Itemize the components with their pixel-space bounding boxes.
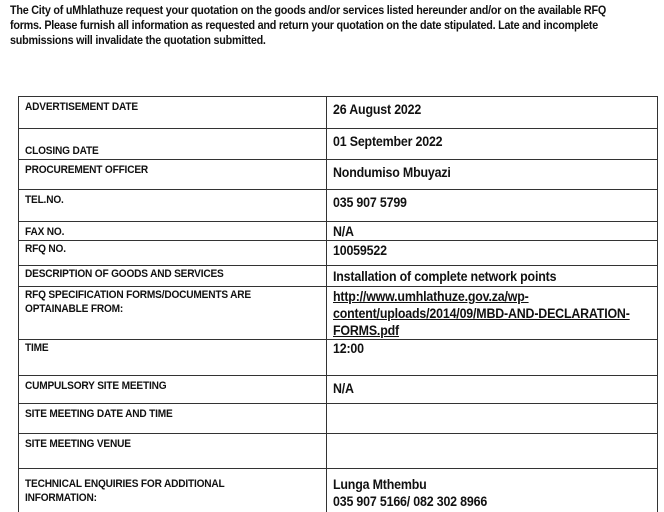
value-fax-no: N/A	[327, 222, 658, 241]
label-rfq-forms: RFQ SPECIFICATION FORMS/DOCUMENTS ARE OP…	[19, 287, 327, 340]
label-procurement-officer: PROCUREMENT OFFICER	[19, 160, 327, 190]
value-technical-enquiries: Lunga Mthembu 035 907 5166/ 082 302 8966	[327, 469, 658, 512]
label-tel-no: TEL.NO.	[19, 190, 327, 222]
label-fax-no: FAX NO.	[19, 222, 327, 241]
label-technical-enquiries: TECHNICAL ENQUIRIES FOR ADDITIONAL INFOR…	[19, 469, 327, 512]
row-rfq-no: RFQ NO. 10059522	[19, 241, 658, 266]
label-description: DESCRIPTION OF GOODS AND SERVICES	[19, 266, 327, 287]
value-site-meeting-venue	[327, 434, 658, 469]
row-site-meeting-venue: SITE MEETING VENUE	[19, 434, 658, 469]
value-closing-date: 01 September 2022	[327, 129, 658, 160]
rfq-forms-link[interactable]: http://www.umhlathuze.gov.za/wp- content…	[327, 287, 658, 340]
row-description: DESCRIPTION OF GOODS AND SERVICES Instal…	[19, 266, 658, 287]
intro-line-2: forms. Please furnish all information as…	[10, 18, 661, 33]
intro-line-1: The City of uMhlathuze request your quot…	[10, 3, 661, 18]
rfq-details-table: ADVERTISEMENT DATE 26 August 2022 CLOSIN…	[18, 96, 658, 512]
row-site-meeting-date: SITE MEETING DATE AND TIME	[19, 404, 658, 434]
row-compulsory-site-meeting: CUMPULSORY SITE MEETING N/A	[19, 376, 658, 404]
value-advertisement-date: 26 August 2022	[327, 97, 658, 129]
intro-paragraph: The City of uMhlathuze request your quot…	[10, 3, 661, 48]
value-compulsory-site-meeting: N/A	[327, 376, 658, 404]
row-technical-enquiries: TECHNICAL ENQUIRIES FOR ADDITIONAL INFOR…	[19, 469, 658, 512]
row-advertisement-date: ADVERTISEMENT DATE 26 August 2022	[19, 97, 658, 129]
label-time: TIME	[19, 340, 327, 376]
technical-contact-phone: 035 907 5166/ 082 302 8966	[333, 493, 487, 510]
row-fax-no: FAX NO. N/A	[19, 222, 658, 241]
label-advertisement-date: ADVERTISEMENT DATE	[19, 97, 327, 129]
intro-line-3: submissions will invalidate the quotatio…	[10, 33, 661, 48]
value-tel-no: 035 907 5799	[327, 190, 658, 222]
row-tel-no: TEL.NO. 035 907 5799	[19, 190, 658, 222]
label-site-meeting-venue: SITE MEETING VENUE	[19, 434, 327, 469]
value-rfq-no: 10059522	[327, 241, 658, 266]
row-time: TIME 12:00	[19, 340, 658, 376]
value-time: 12:00	[327, 340, 658, 376]
label-rfq-no: RFQ NO.	[19, 241, 327, 266]
value-description: Installation of complete network points	[327, 266, 658, 287]
value-site-meeting-date	[327, 404, 658, 434]
label-site-meeting-date: SITE MEETING DATE AND TIME	[19, 404, 327, 434]
label-compulsory-site-meeting: CUMPULSORY SITE MEETING	[19, 376, 327, 404]
row-closing-date: CLOSING DATE 01 September 2022	[19, 129, 658, 160]
label-closing-date: CLOSING DATE	[19, 129, 327, 160]
technical-contact-name: Lunga Mthembu	[333, 476, 427, 493]
row-rfq-forms: RFQ SPECIFICATION FORMS/DOCUMENTS ARE OP…	[19, 287, 658, 340]
row-procurement-officer: PROCUREMENT OFFICER Nondumiso Mbuyazi	[19, 160, 658, 190]
value-procurement-officer: Nondumiso Mbuyazi	[327, 160, 658, 190]
